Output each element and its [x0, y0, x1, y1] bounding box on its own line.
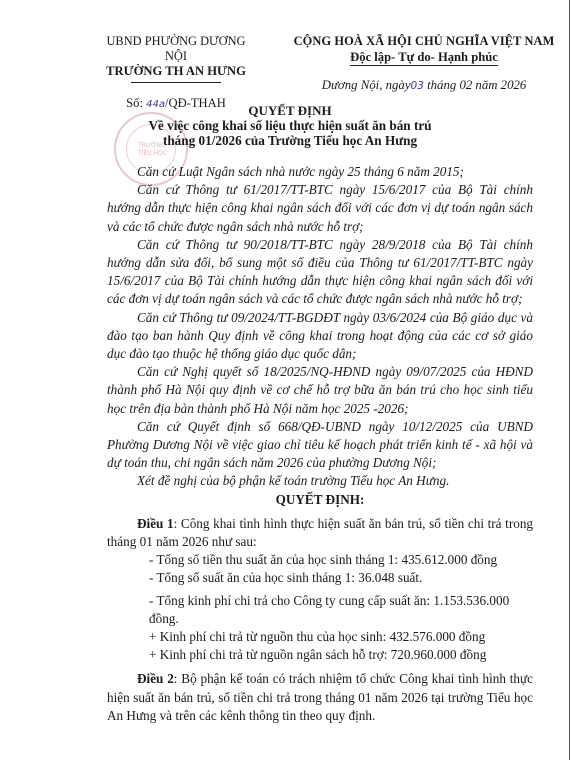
issuer-underline	[131, 82, 221, 83]
article-1-item: - Tổng kinh phí chi trả cho Công ty cung…	[107, 592, 533, 628]
date-suffix: tháng 02 năm 2026	[424, 78, 526, 92]
national-header: CỘNG HOÀ XÃ HỘI CHỦ NGHĨA VIỆT NAM Độc l…	[292, 34, 556, 94]
article-1-label: Điều 1	[137, 516, 174, 531]
issuer-organization: UBND PHƯỜNG DƯƠNG NỘI	[96, 34, 256, 64]
document-body: Căn cứ Luật Ngân sách nhà nước ngày 25 t…	[107, 163, 533, 725]
article-2: Điều 2: Bộ phận kế toán có trách nhiệm t…	[107, 670, 533, 725]
preamble-item: Căn cứ Nghị quyết số 18/2025/NQ-HĐND ngà…	[107, 363, 533, 418]
preamble-item: Căn cứ Luật Ngân sách nhà nước ngày 25 t…	[107, 163, 533, 181]
preamble-item: Xét đề nghị của bộ phận kế toán trường T…	[107, 472, 533, 490]
national-motto: Độc lập- Tự do- Hạnh phúc	[350, 50, 498, 66]
national-title: CỘNG HOÀ XÃ HỘI CHỦ NGHĨA VIỆT NAM	[292, 34, 556, 49]
title-heading: QUYẾT ĐỊNH	[100, 103, 480, 118]
date-day-handwritten: 03	[411, 80, 424, 92]
title-subject-line1: Về việc công khai số liệu thực hiện suất…	[100, 118, 480, 133]
article-1-item: + Kinh phí chi trả từ nguồn thu của học …	[107, 628, 533, 646]
article-1-item: + Kinh phí chi trả từ nguồn ngân sách hỗ…	[107, 646, 533, 664]
preamble-item: Căn cứ Quyết định số 668/QĐ-UBND ngày 10…	[107, 418, 533, 473]
issuer-header: UBND PHƯỜNG DƯƠNG NỘI TRƯỜNG TH AN HƯNG …	[96, 34, 256, 112]
preamble-item: Căn cứ Thông tư 90/2018/TT-BTC ngày 28/9…	[107, 236, 533, 309]
issuer-school: TRƯỜNG TH AN HƯNG	[96, 64, 256, 79]
document-date: Dương Nội, ngày03 tháng 02 năm 2026	[292, 78, 556, 94]
article-1-item: - Tổng số tiền thu suất ăn của học sinh …	[107, 551, 533, 569]
title-subject-line2: tháng 01/2026 của Trường Tiểu học An Hưn…	[100, 133, 480, 148]
date-prefix: Dương Nội, ngày	[322, 78, 411, 92]
article-1-item: - Tổng số suất ăn của học sinh tháng 1: …	[107, 569, 533, 587]
article-2-label: Điều 2	[137, 671, 174, 686]
decision-heading: QUYẾT ĐỊNH:	[107, 491, 533, 509]
page-edge	[569, 0, 570, 760]
preamble-item: Căn cứ Thông tư 61/2017/TT-BTC ngày 15/6…	[107, 181, 533, 236]
stamp-text-line2: TIỂU HỌC	[138, 150, 167, 158]
article-1: Điều 1: Công khai tình hình thực hiện su…	[107, 515, 533, 551]
decision-title: QUYẾT ĐỊNH Về việc công khai số liệu thự…	[100, 103, 480, 148]
preamble-item: Căn cứ Thông tư 09/2024/TT-BGDĐT ngày 03…	[107, 309, 533, 364]
